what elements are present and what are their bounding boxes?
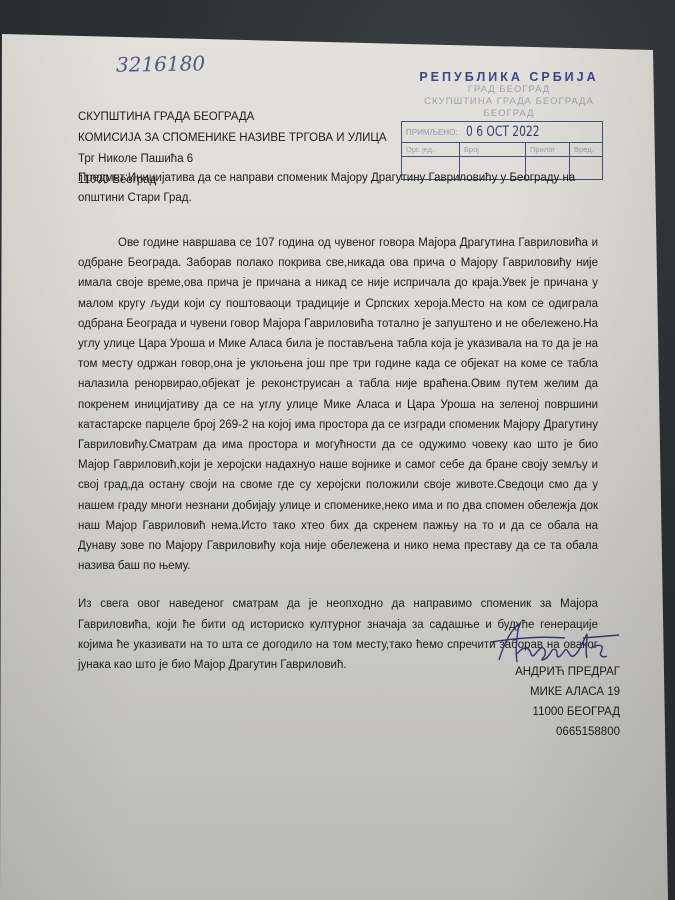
- stamp-col-org-unit: Орг. јед.: [402, 143, 460, 157]
- stamp-city: ГРАД БЕОГРАД: [398, 84, 620, 96]
- stamp-place: БЕОГРАД: [398, 108, 620, 120]
- sender-block: АНДРИЋ ПРЕДРАГ МИКЕ АЛАСА 19 11000 БЕОГР…: [480, 662, 620, 742]
- stamp-received-date: 0 6 OCT 2022: [466, 124, 539, 140]
- recipient-line-commission: КОМИСИЈА ЗА СПОМЕНИКЕ НАЗИВЕ ТРГОВА И УЛ…: [78, 128, 387, 149]
- stamp-cell: [460, 157, 526, 179]
- stamp-col-value: Вред.: [570, 143, 602, 157]
- body-paragraph: Ове године навршава се 107 година од чув…: [78, 233, 598, 576]
- letter-body: Ове године навршава се 107 година од чув…: [78, 233, 598, 675]
- sender-street: МИКЕ АЛАСА 19: [480, 682, 620, 702]
- letter-page: 3216180 СКУПШТИНА ГРАДА БЕОГРАДА КОМИСИЈ…: [0, 0, 675, 900]
- stamp-col-number: Број: [460, 143, 526, 157]
- recipient-line-street: Трг Николе Пашића 6: [78, 149, 387, 170]
- stamp-grid: Орг. јед. Број Прилог Вред.: [402, 143, 602, 179]
- stamp-title: РЕПУБЛИКА СРБИЈА: [398, 70, 620, 84]
- recipient-line-city: 11000 Београд: [78, 170, 387, 191]
- received-stamp: РЕПУБЛИКА СРБИЈА ГРАД БЕОГРАД СКУПШТИНА …: [398, 70, 620, 180]
- letter-subject: Предмет:Иницијатива да се направи спомен…: [78, 168, 598, 208]
- handwritten-reference-number: 3216180: [116, 51, 205, 77]
- sender-city: 11000 БЕОГРАД: [480, 702, 620, 722]
- stamp-table: ПРИМЉЕНО: 0 6 OCT 2022 Орг. јед. Број Пр…: [401, 121, 603, 180]
- recipient-address: СКУПШТИНА ГРАДА БЕОГРАДА КОМИСИЈА ЗА СПО…: [78, 107, 387, 191]
- stamp-cell: [570, 157, 602, 179]
- recipient-line-assembly: СКУПШТИНА ГРАДА БЕОГРАДА: [78, 107, 387, 128]
- stamp-cell: [402, 157, 460, 179]
- sender-name: АНДРИЋ ПРЕДРАГ: [480, 662, 620, 682]
- stamp-received-label: ПРИМЉЕНО:: [402, 128, 466, 137]
- stamp-received-row: ПРИМЉЕНО: 0 6 OCT 2022: [402, 122, 602, 143]
- body-paragraph: Из свега овог наведеног сматрам да је не…: [78, 594, 598, 675]
- stamp-cell: [526, 157, 570, 179]
- stamp-assembly: СКУПШТИНА ГРАДА БЕОГРАДА: [398, 96, 620, 108]
- handwritten-signature: [487, 620, 627, 670]
- sender-phone: 0665158800: [480, 722, 620, 742]
- signature-icon: [487, 620, 627, 670]
- stamp-col-attachment: Прилог: [526, 143, 570, 157]
